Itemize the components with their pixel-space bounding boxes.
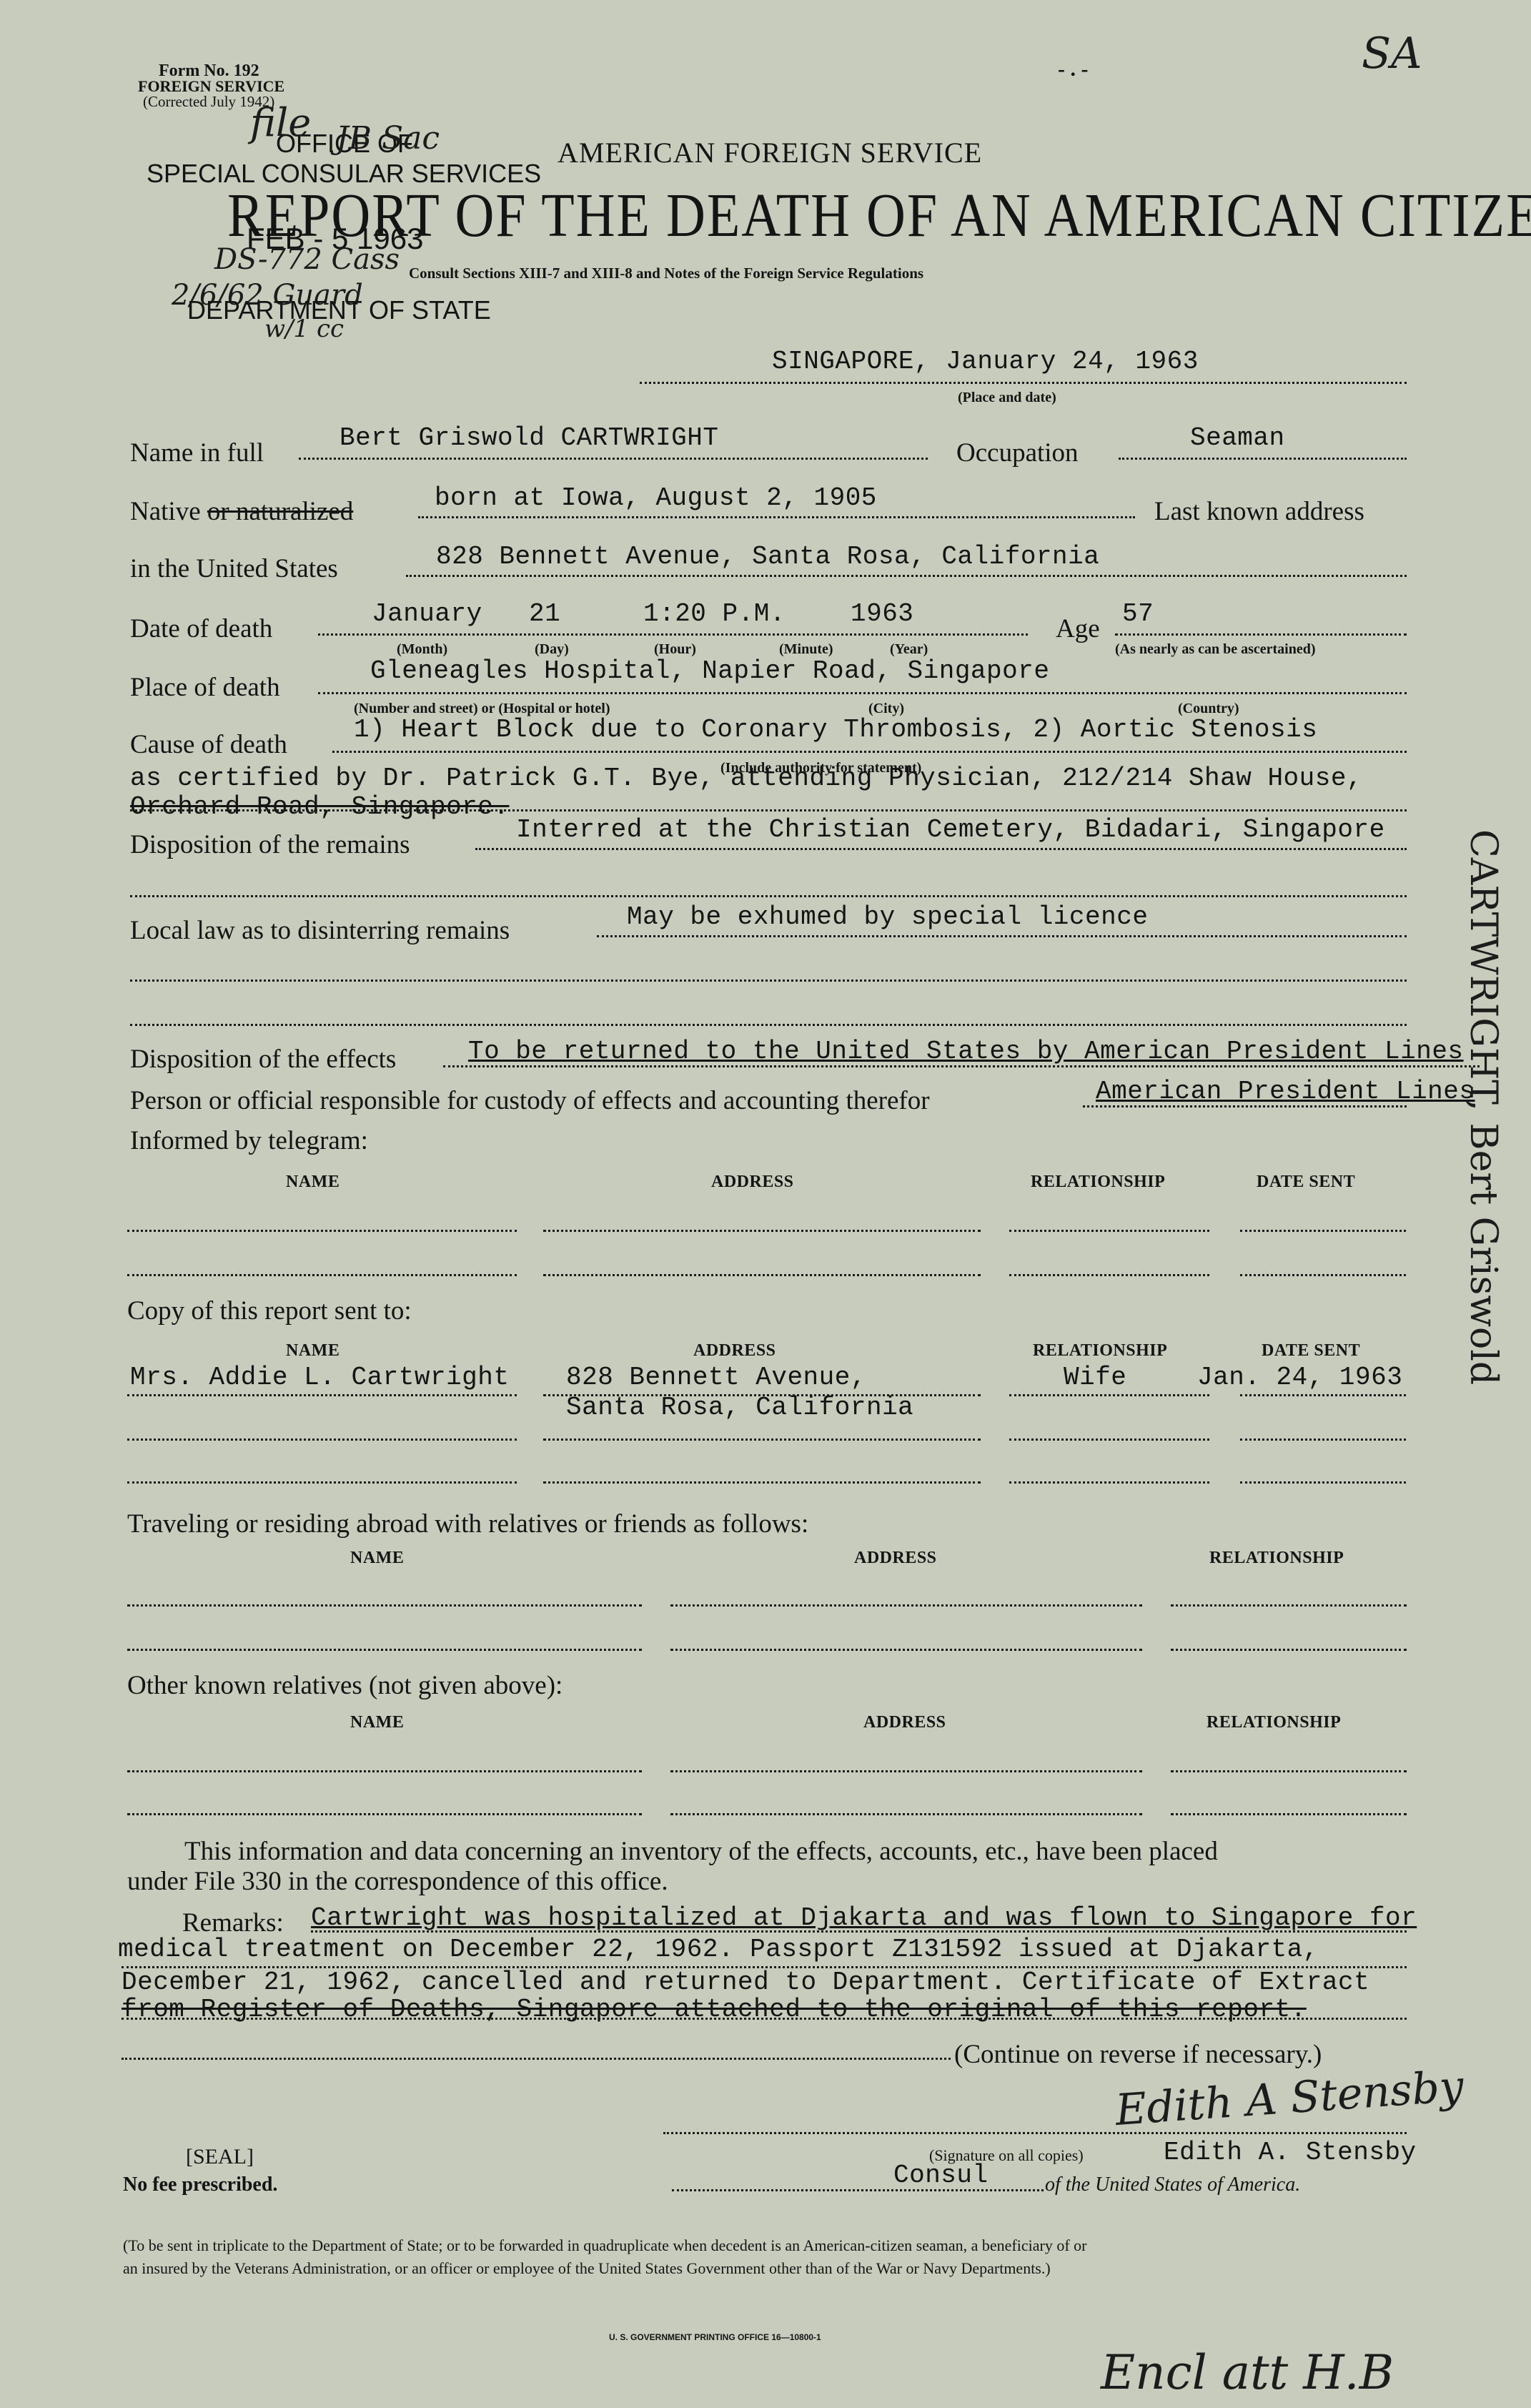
certified-by-line[interactable]: as certified by Dr. Patrick G.T. Bye, at…: [130, 764, 1362, 793]
telegram-name-line: [127, 1274, 517, 1276]
title-line: [672, 2189, 1044, 2191]
occupation-value[interactable]: Seaman: [1190, 423, 1285, 453]
title-suffix: of the United States of America.: [1045, 2173, 1300, 2196]
copy-address-line1[interactable]: 828 Bennett Avenue,: [566, 1363, 866, 1392]
local-law-line-3: [130, 1024, 1407, 1026]
consult-note: Consult Sections XIII-7 and XIII-8 and N…: [409, 265, 923, 282]
dod-day[interactable]: 21: [529, 599, 560, 628]
occupation-line: [1119, 458, 1407, 460]
telegram-col-date-sent: DATE SENT: [1257, 1173, 1355, 1192]
traveling-name-line: [127, 1649, 642, 1651]
relatives-col-relationship: RELATIONSHIP: [1207, 1713, 1341, 1732]
remarks-rule-1: [311, 1930, 1407, 1933]
handwritten-signature: Edith A Stensby: [1114, 2061, 1465, 2136]
relatives-name-line: [127, 1770, 642, 1772]
place-of-death-line: [318, 692, 1407, 694]
signer-typed-name: Edith A. Stensby: [1164, 2138, 1417, 2167]
copy-name-line: [127, 1439, 517, 1441]
telegram-label: Informed by telegram:: [130, 1125, 368, 1156]
traveling-col-address: ADDRESS: [854, 1549, 937, 1568]
handwritten-ds: DS-772 Cass: [214, 243, 400, 276]
telegram-relationship-line: [1009, 1274, 1209, 1276]
name-line: [299, 458, 928, 460]
relatives-relationship-line: [1171, 1813, 1407, 1815]
place-of-death-label: Place of death: [130, 672, 280, 703]
age-line: [1115, 633, 1407, 636]
native-line: [418, 516, 1135, 518]
copy-name-line: [127, 1481, 517, 1484]
telegram-name-line: [127, 1230, 517, 1232]
dod-caption-hour: (Hour): [654, 641, 696, 658]
telegram-date-line: [1240, 1274, 1406, 1276]
dod-month[interactable]: January: [372, 599, 482, 628]
cause-of-death-value[interactable]: 1) Heart Block due to Coronary Thrombosi…: [354, 715, 1317, 744]
copy-relationship-line: [1009, 1439, 1209, 1441]
corner-dashes: - . -: [1058, 57, 1088, 82]
traveling-name-line: [127, 1604, 642, 1607]
copy-col-name: NAME: [286, 1341, 340, 1361]
remarks-line1[interactable]: Cartwright was hospitalized at Djakarta …: [311, 1903, 1417, 1933]
traveling-col-name: NAME: [350, 1549, 404, 1568]
copy-date-line: [1240, 1394, 1406, 1396]
inventory-note-line2: under File 330 in the correspondence of …: [127, 1866, 668, 1897]
instructions-line2: an insured by the Veterans Administratio…: [123, 2259, 1051, 2278]
copy-col-address: ADDRESS: [693, 1341, 776, 1361]
traveling-col-relationship: RELATIONSHIP: [1209, 1549, 1344, 1568]
corner-mark: SA: [1362, 29, 1422, 79]
local-law-label: Local law as to disinterring remains: [130, 915, 510, 946]
relatives-address-line: [670, 1770, 1142, 1772]
certified-by-line2[interactable]: Orchard Road, Singapore.: [130, 792, 509, 821]
copy-relationship[interactable]: Wife: [1064, 1363, 1126, 1392]
signer-title[interactable]: Consul: [893, 2161, 989, 2190]
remarks-rule-4: [122, 2058, 951, 2060]
dod-time[interactable]: 1:20 P.M.: [643, 599, 786, 628]
copy-name[interactable]: Mrs. Addie L. Cartwright: [130, 1363, 509, 1392]
telegram-col-name: NAME: [286, 1173, 340, 1192]
copy-date-line: [1240, 1439, 1406, 1441]
handwritten-file: file: [250, 100, 311, 145]
copy-address-line: [543, 1394, 981, 1396]
copy-sent-label: Copy of this report sent to:: [127, 1296, 412, 1326]
local-law-value[interactable]: May be exhumed by special licence: [627, 902, 1148, 932]
telegram-date-line: [1240, 1230, 1406, 1232]
remains-line-2: [130, 895, 1407, 897]
copy-address-line: [543, 1439, 981, 1441]
continue-note: (Continue on reverse if necessary.): [954, 2039, 1322, 2070]
dod-year[interactable]: 1963: [851, 599, 913, 628]
place-date-line: [640, 382, 1407, 384]
certified-line: [130, 809, 1407, 811]
copy-name-line: [127, 1394, 517, 1396]
dod-caption-month: (Month): [397, 641, 447, 658]
native-text: Native: [130, 497, 201, 526]
us-address-label: in the United States: [130, 553, 338, 584]
local-law-line: [597, 935, 1407, 937]
copy-address-line: [543, 1481, 981, 1484]
cause-of-death-label: Cause of death: [130, 729, 287, 760]
place-of-death-value[interactable]: Gleneagles Hospital, Napier Road, Singap…: [370, 656, 1049, 686]
name-label: Name in full: [130, 438, 264, 468]
telegram-address-line: [543, 1230, 981, 1232]
inventory-note-line1: This information and data concerning an …: [184, 1836, 1218, 1867]
effects-value[interactable]: To be returned to the United States by A…: [468, 1037, 1464, 1066]
dod-caption-day: (Day): [535, 641, 569, 658]
instructions-line1: (To be sent in triplicate to the Departm…: [123, 2236, 1086, 2255]
copy-relationship-line: [1009, 1394, 1209, 1396]
effects-label: Disposition of the effects: [130, 1044, 396, 1075]
copy-address-line2[interactable]: Santa Rosa, California: [566, 1393, 913, 1422]
relatives-relationship-line: [1171, 1770, 1407, 1772]
copy-relationship-line: [1009, 1481, 1209, 1484]
no-fee-label: No fee prescribed.: [123, 2173, 277, 2196]
native-value[interactable]: born at Iowa, August 2, 1905: [435, 483, 877, 513]
other-relatives-label: Other known relatives (not given above):: [127, 1670, 563, 1701]
remains-value[interactable]: Interred at the Christian Cemetery, Bida…: [516, 815, 1385, 844]
age-caption: (As nearly as can be ascertained): [1115, 641, 1316, 658]
signature-line: [663, 2132, 1407, 2134]
dod-caption-year: (Year): [890, 641, 928, 658]
traveling-address-line: [670, 1649, 1142, 1651]
remarks-line2[interactable]: medical treatment on December 22, 1962. …: [118, 1935, 1319, 1964]
agency-heading: AMERICAN FOREIGN SERVICE: [558, 136, 982, 169]
effects-line: [443, 1065, 1480, 1067]
age-value[interactable]: 57: [1122, 599, 1154, 628]
remains-line: [475, 848, 1407, 850]
custody-label: Person or official responsible for custo…: [130, 1085, 930, 1116]
custody-line: [1083, 1105, 1407, 1107]
date-of-death-label: Date of death: [130, 613, 272, 644]
us-address-value[interactable]: 828 Bennett Avenue, Santa Rosa, Californ…: [436, 542, 1099, 571]
place-date-value[interactable]: SINGAPORE, January 24, 1963: [772, 347, 1199, 376]
printing-office: U. S. GOVERNMENT PRINTING OFFICE 16—1080…: [609, 2332, 821, 2342]
telegram-col-address: ADDRESS: [711, 1173, 794, 1192]
native-label: Native or naturalized: [130, 496, 353, 527]
occupation-label: Occupation: [956, 438, 1079, 468]
traveling-relationship-line: [1171, 1604, 1407, 1607]
copy-date-line: [1240, 1481, 1406, 1484]
traveling-label: Traveling or residing abroad with relati…: [127, 1509, 808, 1539]
dod-line: [318, 633, 1028, 636]
dod-caption-minute: (Minute): [779, 641, 833, 658]
local-law-line-2: [130, 980, 1407, 982]
relatives-name-line: [127, 1813, 642, 1815]
place-date-caption: (Place and date): [958, 390, 1056, 406]
naturalized-struck-text: or naturalized: [207, 497, 353, 526]
relatives-col-address: ADDRESS: [863, 1713, 946, 1732]
margin-name-note: CARTWRIGHT, Bert Griswold: [1462, 829, 1505, 1385]
name-value[interactable]: Bert Griswold CARTWRIGHT: [340, 423, 718, 453]
handwritten-initials: JB Sac: [336, 120, 440, 157]
telegram-address-line: [543, 1274, 981, 1276]
telegram-col-relationship: RELATIONSHIP: [1031, 1173, 1165, 1192]
us-address-line: [406, 575, 1407, 577]
copy-date-sent[interactable]: Jan. 24, 1963: [1197, 1363, 1402, 1392]
handwritten-cc: w/1 cc: [264, 315, 344, 343]
custody-value[interactable]: American President Lines: [1096, 1077, 1475, 1106]
traveling-relationship-line: [1171, 1649, 1407, 1651]
last-known-address-label: Last known address: [1154, 496, 1364, 527]
remarks-label: Remarks:: [182, 1908, 284, 1938]
remains-label: Disposition of the remains: [130, 829, 410, 860]
remarks-rule-3: [122, 2018, 1407, 2020]
seal-label: [SEAL]: [186, 2145, 254, 2169]
age-label: Age: [1056, 613, 1100, 644]
copy-col-relationship: RELATIONSHIP: [1033, 1341, 1167, 1361]
remarks-line3[interactable]: December 21, 1962, cancelled and returne…: [122, 1968, 1369, 1997]
cause-line: [332, 751, 1407, 753]
handwritten-enclosure: Encl att H.B: [1101, 2345, 1394, 2400]
copy-col-date-sent: DATE SENT: [1262, 1341, 1360, 1361]
telegram-relationship-line: [1009, 1230, 1209, 1232]
traveling-address-line: [670, 1604, 1142, 1607]
relatives-col-name: NAME: [350, 1713, 404, 1732]
relatives-address-line: [670, 1813, 1142, 1815]
